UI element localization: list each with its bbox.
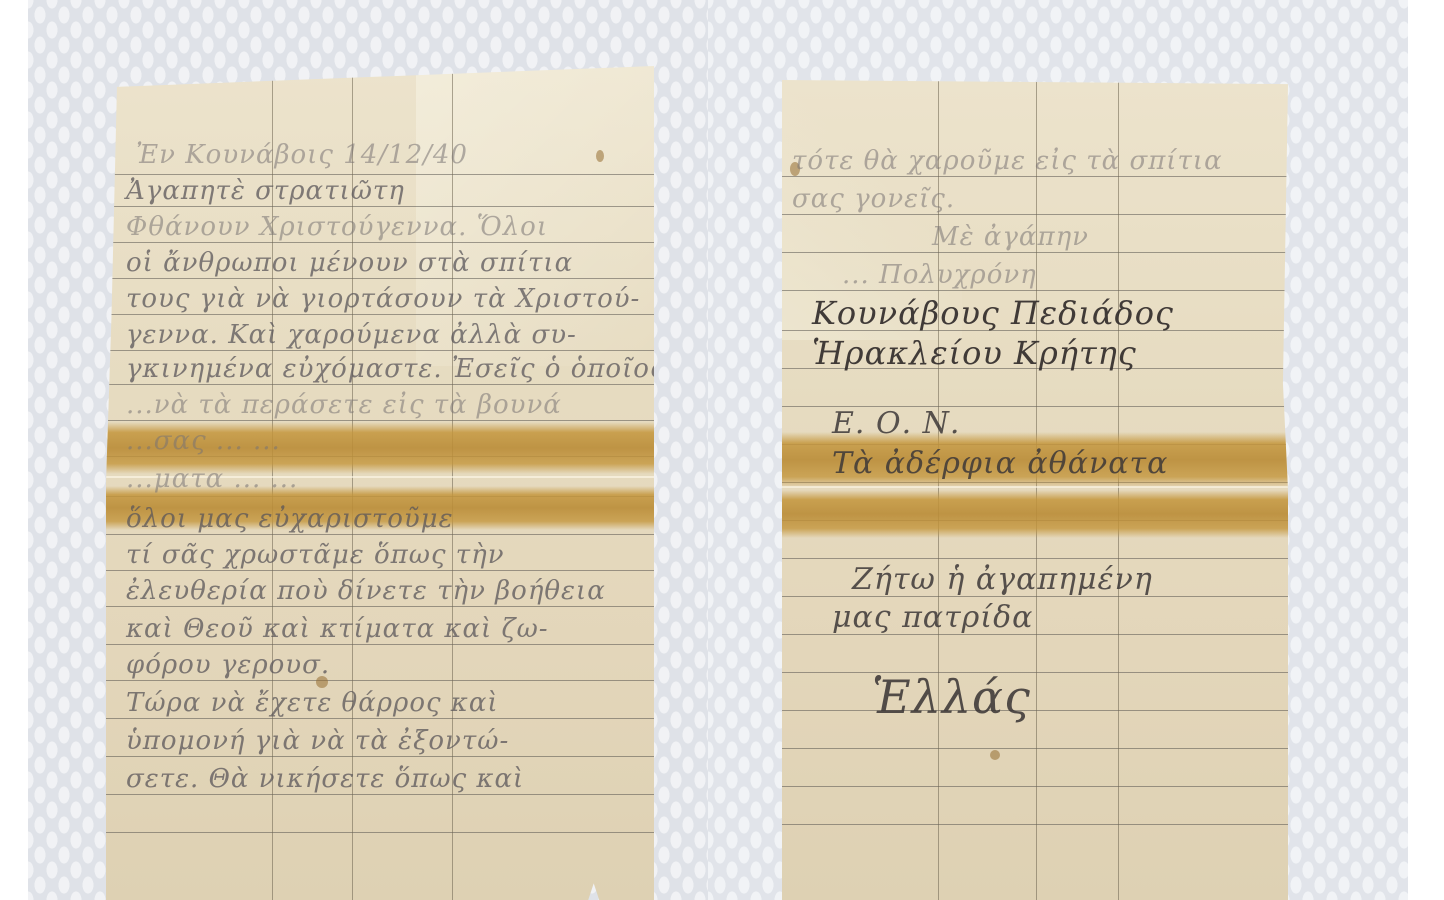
ruled-line — [106, 756, 654, 757]
address-village: Κουνάβους Πεδιάδος — [812, 294, 1174, 332]
closing-line: μας πατρίδα — [832, 600, 1033, 635]
stain-band — [782, 490, 1288, 538]
date-line: Ἐν Κουνάβοις 14/12/40 — [136, 140, 468, 170]
closing-greeting: Μὲ ἀγάπην — [932, 222, 1089, 252]
text-line: φόρου γερουσ. — [126, 650, 330, 680]
ruled-line — [106, 278, 654, 279]
text-line: γκινημένα εὐχόμαστε. Ἐσεῖς ὁ ὁποῖος — [126, 354, 654, 384]
ruled-line — [782, 214, 1288, 215]
text-line: ὑπομονή γιὰ νὰ τὰ ἐξοντώ- — [126, 726, 509, 756]
text-line: Τώρα νὰ ἔχετε θάρρος καὶ — [126, 688, 499, 718]
ruled-line — [782, 672, 1288, 673]
text-line: ...νὰ τὰ περάσετε εἰς τὰ βουνά — [126, 390, 562, 420]
ruled-line — [782, 252, 1288, 253]
text-line: ...ματα ... ... — [126, 464, 298, 494]
horizontal-fold — [782, 486, 1288, 488]
ruled-line — [782, 290, 1288, 291]
ruled-line — [782, 558, 1288, 559]
text-line: καὶ Θεοῦ καὶ κτίματα καὶ ζω- — [126, 614, 549, 644]
ruled-line — [106, 606, 654, 607]
text-line: σας γονεῖς. — [792, 184, 955, 214]
ink-spot — [596, 150, 604, 162]
text-line: τί σᾶς χρωστᾶμε ὅπως τὴν — [126, 540, 505, 570]
text-line: τότε θὰ χαροῦμε εἰς τὰ σπίτια — [792, 146, 1223, 176]
ruled-line — [106, 174, 654, 175]
ruled-line — [106, 420, 654, 421]
ruled-line — [106, 570, 654, 571]
right-photo: τότε θὰ χαροῦμε εἰς τὰ σπίτια σας γονεῖς… — [708, 0, 1408, 900]
sender-name: ... Πολυχρόνη — [842, 260, 1037, 290]
text-line: οἱ ἄνθρωποι μένουν στὰ σπίτια — [126, 248, 573, 278]
ruled-line — [106, 534, 654, 535]
ruled-line — [782, 786, 1288, 787]
text-line: γεννα. Καὶ χαρούμενα ἀλλὰ συ- — [126, 320, 577, 350]
ruled-line — [106, 718, 654, 719]
text-line: σετε. Θὰ νικήσετε ὅπως καὶ — [126, 764, 524, 794]
eon-label: Ε. Ο. Ν. — [832, 406, 960, 441]
ruled-line — [106, 384, 654, 385]
ruled-line — [782, 748, 1288, 749]
stain-spot — [990, 750, 1000, 760]
ruled-line — [782, 176, 1288, 177]
ruled-line — [106, 242, 654, 243]
letter-page-back: τότε θὰ χαροῦμε εἰς τὰ σπίτια σας γονεῖς… — [782, 80, 1288, 900]
ruled-line — [106, 832, 654, 833]
closing-line: Ζήτω ἡ ἀγαπημένη — [852, 562, 1153, 597]
signature: Ἑλλάς — [872, 670, 1031, 724]
left-photo: Ἐν Κουνάβοις 14/12/40 Ἀγαπητὲ στρατιῶτη … — [28, 0, 708, 900]
text-line: τους γιὰ νὰ γιορτάσουν τὰ Χριστού- — [126, 284, 640, 314]
ruled-line — [782, 710, 1288, 711]
ruled-line — [782, 824, 1288, 825]
text-line: Φθάνουν Χριστούγεννα. Ὅλοι — [126, 212, 548, 242]
ruled-line — [106, 206, 654, 207]
ruled-line — [106, 314, 654, 315]
ruled-line — [106, 680, 654, 681]
ruled-line — [106, 644, 654, 645]
wish-line: Τὰ ἀδέρφια ἀθάνατα — [832, 446, 1168, 481]
text-line: Ἀγαπητὲ στρατιῶτη — [126, 176, 405, 206]
text-line: ἐλευθερία ποὺ δίνετε τὴν βοήθεια — [126, 576, 606, 606]
ruled-line — [106, 794, 654, 795]
text-line: ὅλοι μας εὐχαριστοῦμε — [126, 504, 454, 534]
text-line: ...σας ... ... — [126, 426, 281, 456]
ruled-line — [106, 350, 654, 351]
letter-page-front: Ἐν Κουνάβοις 14/12/40 Ἀγαπητὲ στρατιῶτη … — [106, 66, 654, 900]
address-region: Ἡρακλείου Κρήτης — [812, 334, 1137, 372]
